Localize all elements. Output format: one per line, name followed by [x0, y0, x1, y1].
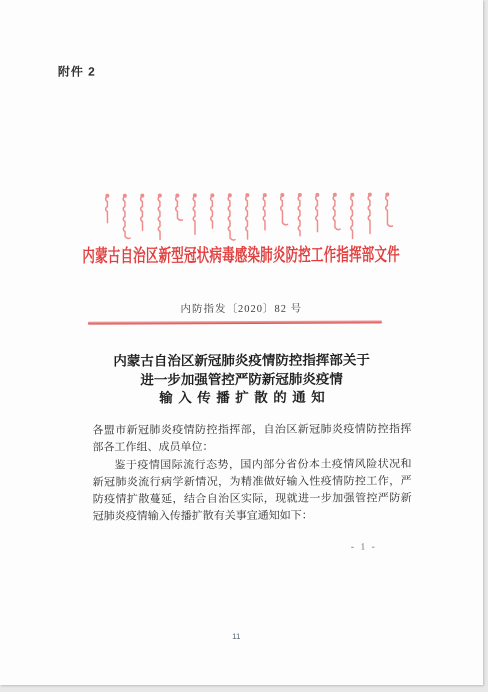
document-number: 内防指发〔2020〕82 号 — [0, 300, 483, 317]
red-letterhead-title: 内蒙古自治区新型冠状病毒感染肺炎防控工作指挥部文件 — [0, 240, 483, 268]
page-content: 附件 2 内蒙古自治区新型冠状病毒感染肺炎防控工作指挥部文件 内防指发〔2020… — [0, 0, 484, 686]
attachment-label: 附件 2 — [58, 63, 96, 80]
body-line: 新冠肺炎流行病学新情况，为精准做好输入性疫情防控工作，严 — [93, 473, 412, 492]
body-line: 冠肺炎疫情输入传播扩散有关事宜通知如下： — [93, 508, 412, 527]
body-line: 各盟市新冠肺炎疫情防控指挥部，自治区新冠肺炎疫情防控指挥 — [92, 421, 411, 440]
mongolian-script-header — [99, 191, 399, 244]
red-divider-rule — [88, 320, 382, 324]
body-line: 部各工作组、成员单位： — [92, 439, 411, 458]
notice-title: 内蒙古自治区新冠肺炎疫情防控指挥部关于进一步加强管控严防新冠肺炎疫情输入传播扩散… — [0, 351, 483, 409]
body-line: 防疫情扩散蔓延，结合自治区实际，现就进一步加强管控严防新 — [93, 490, 412, 509]
notice-title-line: 内蒙古自治区新冠肺炎疫情防控指挥部关于 — [0, 351, 483, 372]
page-number: - 1 - — [351, 542, 377, 552]
scanned-page: 附件 2 内蒙古自治区新型冠状病毒感染肺炎防控工作指挥部文件 内防指发〔2020… — [0, 0, 483, 685]
notice-body: 各盟市新冠肺炎疫情防控指挥部，自治区新冠肺炎疫情防控指挥部各工作组、成员单位：鉴… — [92, 421, 411, 526]
body-line: 鉴于疫情国际流行态势，国内部分省份本土疫情风险状况和 — [92, 456, 411, 475]
folio-number: 11 — [226, 632, 246, 641]
notice-title-line: 输入传播扩散的通知 — [0, 388, 483, 409]
notice-title-line: 进一步加强管控严防新冠肺炎疫情 — [0, 369, 483, 390]
